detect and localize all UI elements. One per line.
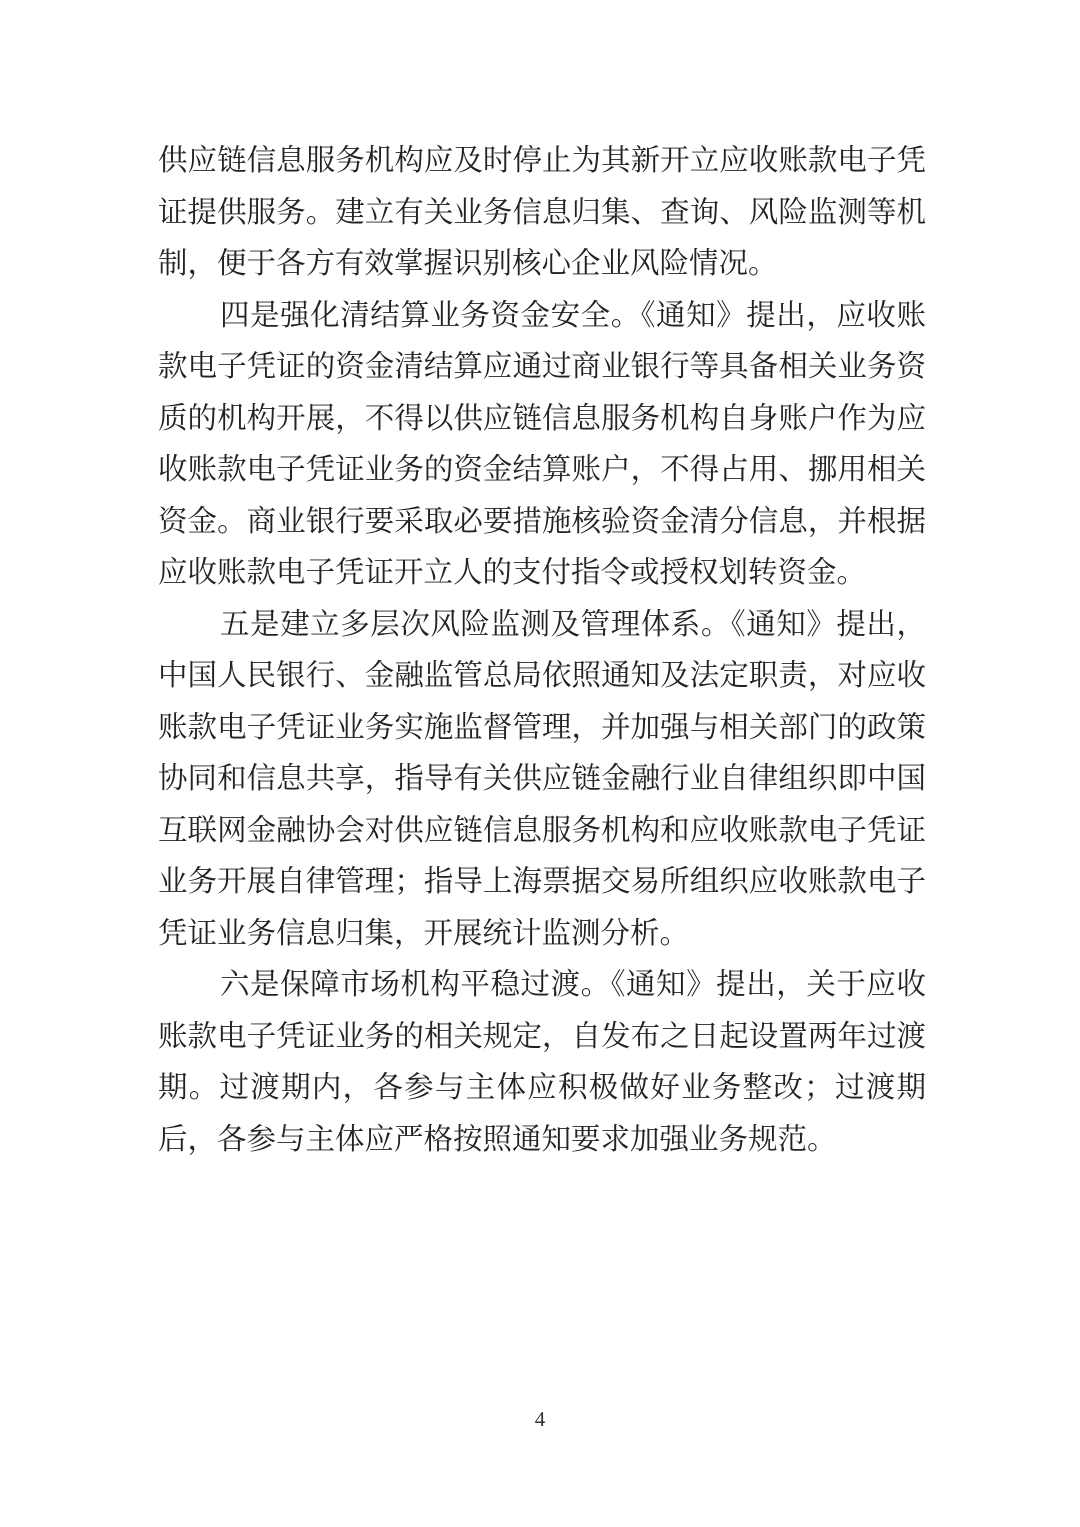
document-text-block: 供应链信息服务机构应及时停止为其新开立应收账款电子凭证提供服务。建立有关业务信息… xyxy=(158,136,926,1166)
page-number: 4 xyxy=(0,1404,1080,1434)
paragraph-3: 五是建立多层次风险监测及管理体系。《通知》提出，中国人民银行、金融监管总局依照通… xyxy=(158,600,926,961)
document-page: 供应链信息服务机构应及时停止为其新开立应收账款电子凭证提供服务。建立有关业务信息… xyxy=(0,0,1080,1527)
paragraph-1: 供应链信息服务机构应及时停止为其新开立应收账款电子凭证提供服务。建立有关业务信息… xyxy=(158,136,926,291)
paragraph-4: 六是保障市场机构平稳过渡。《通知》提出，关于应收账款电子凭证业务的相关规定，自发… xyxy=(158,960,926,1166)
paragraph-2: 四是强化清结算业务资金安全。《通知》提出，应收账款电子凭证的资金清结算应通过商业… xyxy=(158,291,926,600)
